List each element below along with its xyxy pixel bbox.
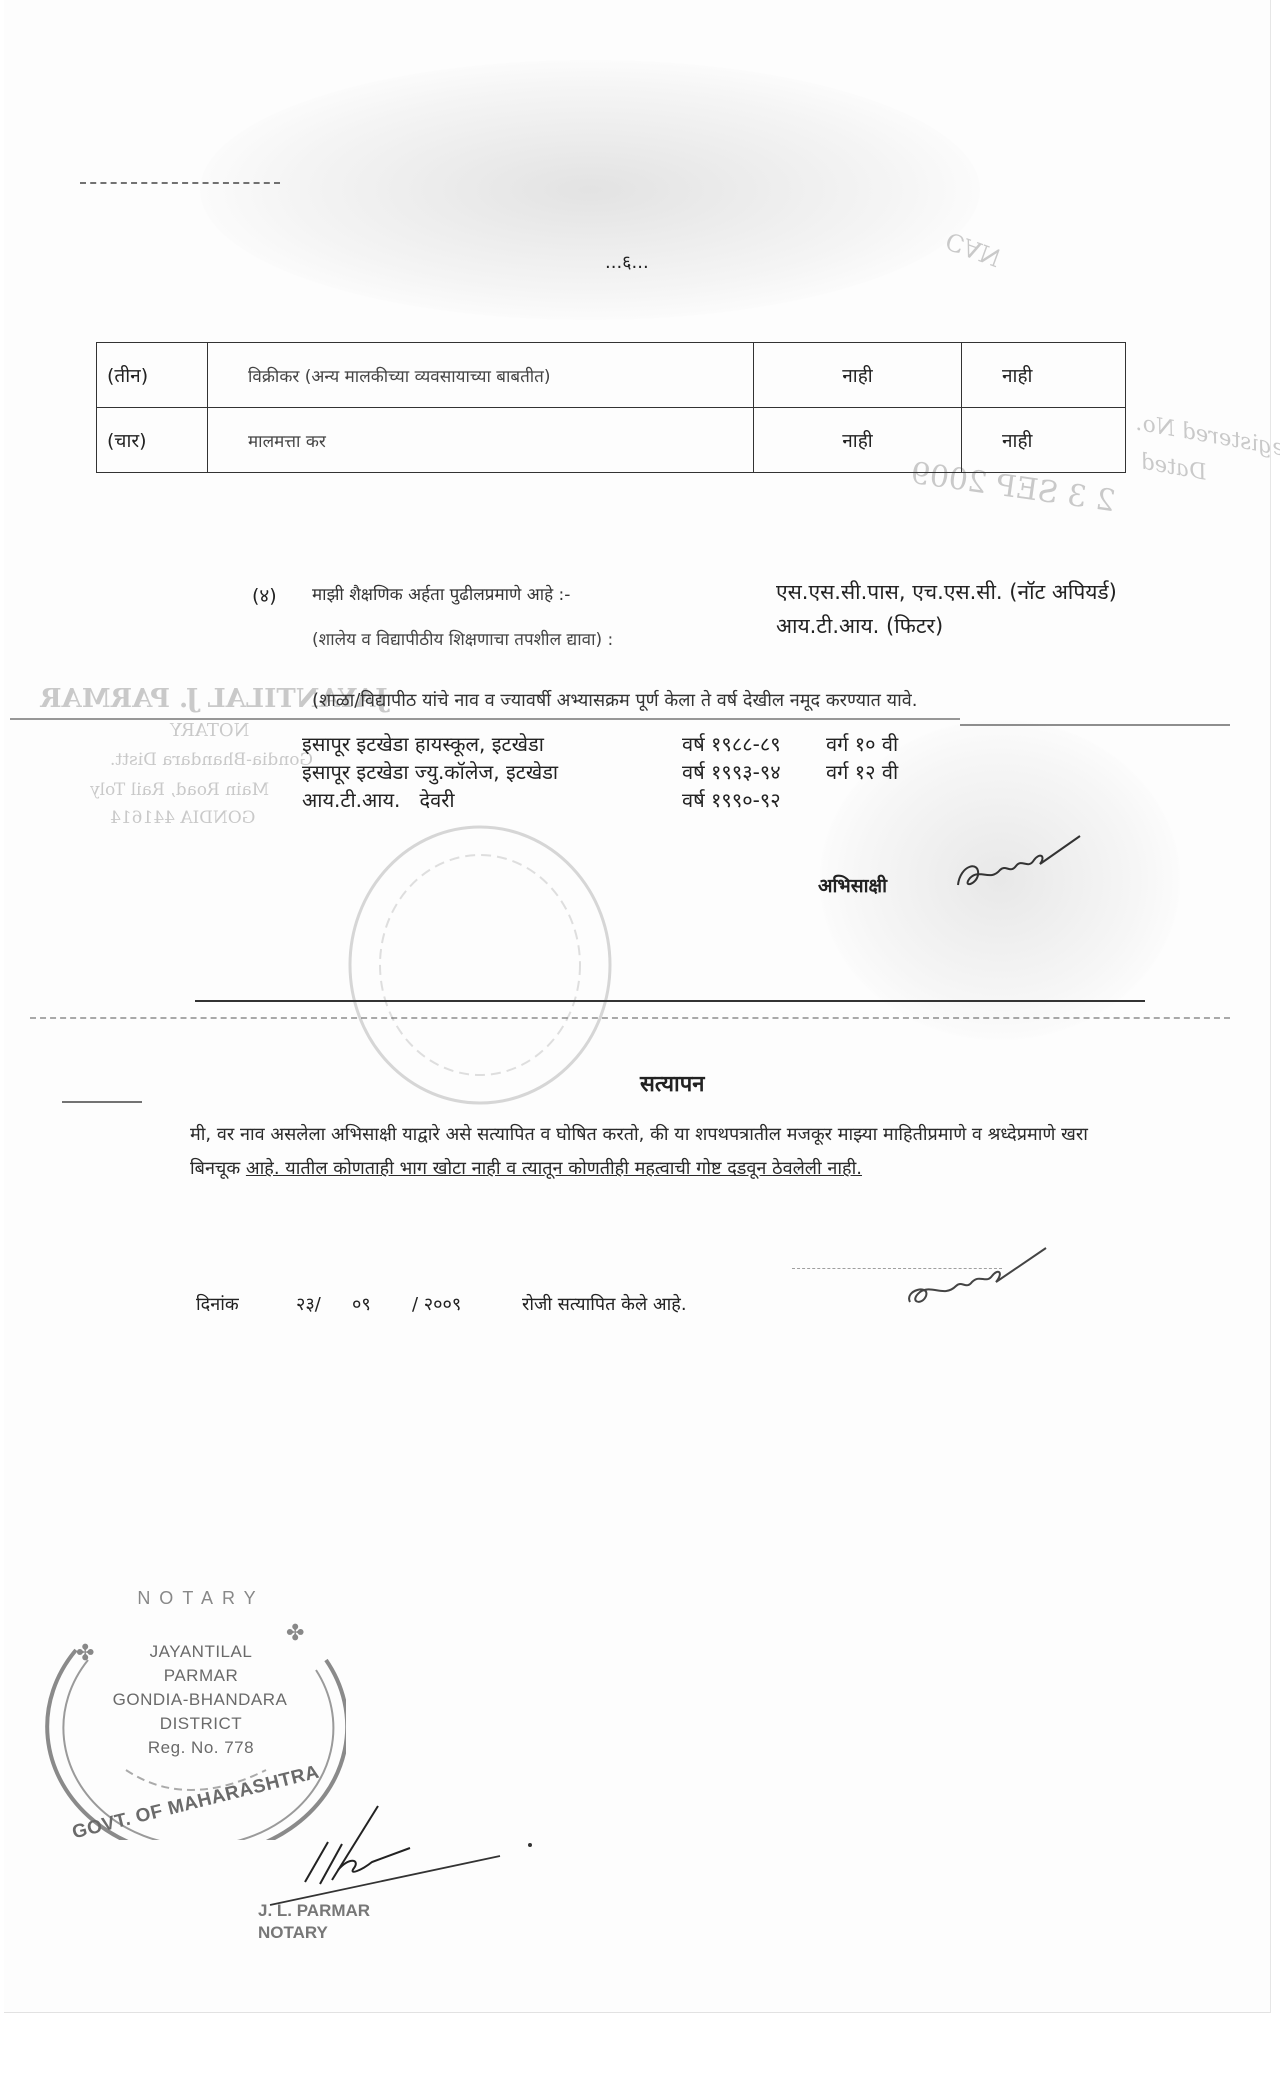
- institution-1: इसापूर इटखेडा हायस्कूल, इटखेडा: [302, 730, 558, 758]
- seal-line-5: Reg. No. 778: [106, 1738, 296, 1758]
- bleed-notary-address-2: Main Road, Rail Toly: [90, 780, 269, 800]
- institution-3: आय.टी.आय. देवरी: [302, 786, 558, 814]
- seal-line-2: PARMAR: [106, 1666, 296, 1686]
- verification-text-underlined: आहे. यातील कोणताही भाग खोटा नाही व त्यात…: [246, 1158, 862, 1179]
- deponent-signature: [950, 830, 1090, 900]
- deponent-label: अभिसाक्षी: [818, 872, 887, 898]
- education-institutions: इसापूर इटखेडा हायस्कूल, इटखेडा इसापूर इट…: [302, 730, 558, 814]
- year-2: वर्ष १९९३-९४: [682, 758, 781, 786]
- education-label-note: (शालेय व विद्यापीठीय शिक्षणाचा तपशील द्य…: [312, 627, 613, 650]
- education-item-number: (४): [252, 582, 277, 608]
- notary-stamp-block: J. L. PARMAR NOTARY: [258, 1900, 370, 1944]
- education-rule-left: [10, 718, 960, 720]
- verification-signature: [900, 1240, 1050, 1320]
- row-index: (तीन): [97, 343, 208, 408]
- verification-date-label: दिनांक: [196, 1292, 239, 1316]
- verification-date-month: ०९: [352, 1292, 371, 1316]
- row-value-col3: नाही: [754, 343, 962, 408]
- bleed-notary-address-3: GONDIA 441614: [110, 808, 255, 828]
- education-value-line1: एस.एस.सी.पास, एच.एस.सी. (नॉट अपियर्ड): [776, 578, 1117, 606]
- row-description: विक्रीकर (अन्य मालकीच्या व्यवसायाच्या बा…: [208, 343, 754, 408]
- education-years: वर्ष १९८८-८९ वर्ष १९९३-९४ वर्ष १९९०-९२: [682, 730, 781, 814]
- education-value-line2: आय.टी.आय. (फिटर): [776, 612, 943, 640]
- seal-line-3: GONDIA-BHANDARA: [90, 1690, 310, 1710]
- table-row: (चार) मालमत्ता कर नाही नाही: [97, 408, 1126, 473]
- table-row: (तीन) विक्रीकर (अन्य मालकीच्या व्यवसायाच…: [97, 343, 1126, 408]
- page-number-marker: ...६...: [605, 250, 649, 274]
- verification-left-mark: [62, 1101, 142, 1103]
- grade-1: वर्ग १० वी: [826, 730, 898, 758]
- top-scan-smudge: [200, 60, 980, 320]
- bleed-notary-address-1: Gondia-Bhandara Distt.: [110, 750, 313, 770]
- institution-2: इसापूर इटखेडा ज्यु.कॉलेज, इटखेडा: [302, 758, 558, 786]
- seal-line-4: DISTRICT: [106, 1714, 296, 1734]
- grade-2: वर्ग १२ वी: [826, 758, 898, 786]
- notary-stamp-name: J. L. PARMAR: [258, 1900, 370, 1922]
- seal-top-arc: NOTARY: [106, 1588, 296, 1609]
- education-grades: वर्ग १० वी वर्ग १२ वी: [826, 730, 898, 786]
- bleed-notary-title: NOTARY: [170, 720, 249, 741]
- notary-signature: [250, 1800, 550, 1910]
- verification-date-suffix: रोजी सत्यापित केले आहे.: [522, 1292, 687, 1316]
- section-divider-lower: [30, 1017, 1230, 1019]
- year-1: वर्ष १९८८-८९: [682, 730, 781, 758]
- top-partial-rule: [80, 182, 280, 184]
- row-value-col3: नाही: [754, 408, 962, 473]
- education-label: माझी शैक्षणिक अर्हता पुढीलप्रमाणे आहे :-: [312, 582, 570, 605]
- verification-date-day: २३/: [296, 1292, 321, 1316]
- row-value-col4: नाही: [962, 408, 1126, 473]
- education-instruction: (शाळा/विद्यापीठ यांचे नाव व ज्यावर्षी अभ…: [312, 688, 918, 712]
- row-description: मालमत्ता कर: [208, 408, 754, 473]
- education-rule-right: [960, 724, 1230, 726]
- year-3: वर्ष १९९०-९२: [682, 786, 781, 814]
- bleed-seal-ring: [340, 820, 620, 1110]
- row-value-col4: नाही: [962, 343, 1126, 408]
- verification-date-year: / २००९: [412, 1292, 461, 1316]
- verification-title: सत्यापन: [640, 1068, 704, 1098]
- notary-stamp-title: NOTARY: [258, 1922, 370, 1944]
- verification-body: मी, वर नाव असलेला अभिसाक्षी याद्वारे असे…: [190, 1118, 1120, 1186]
- row-index: (चार): [97, 408, 208, 473]
- section-divider-upper: [195, 1000, 1145, 1002]
- tax-status-table: (तीन) विक्रीकर (अन्य मालकीच्या व्यवसायाच…: [96, 342, 1126, 473]
- svg-text:✤: ✤: [76, 1640, 94, 1665]
- seal-line-1: JAYANTILAL: [106, 1642, 296, 1662]
